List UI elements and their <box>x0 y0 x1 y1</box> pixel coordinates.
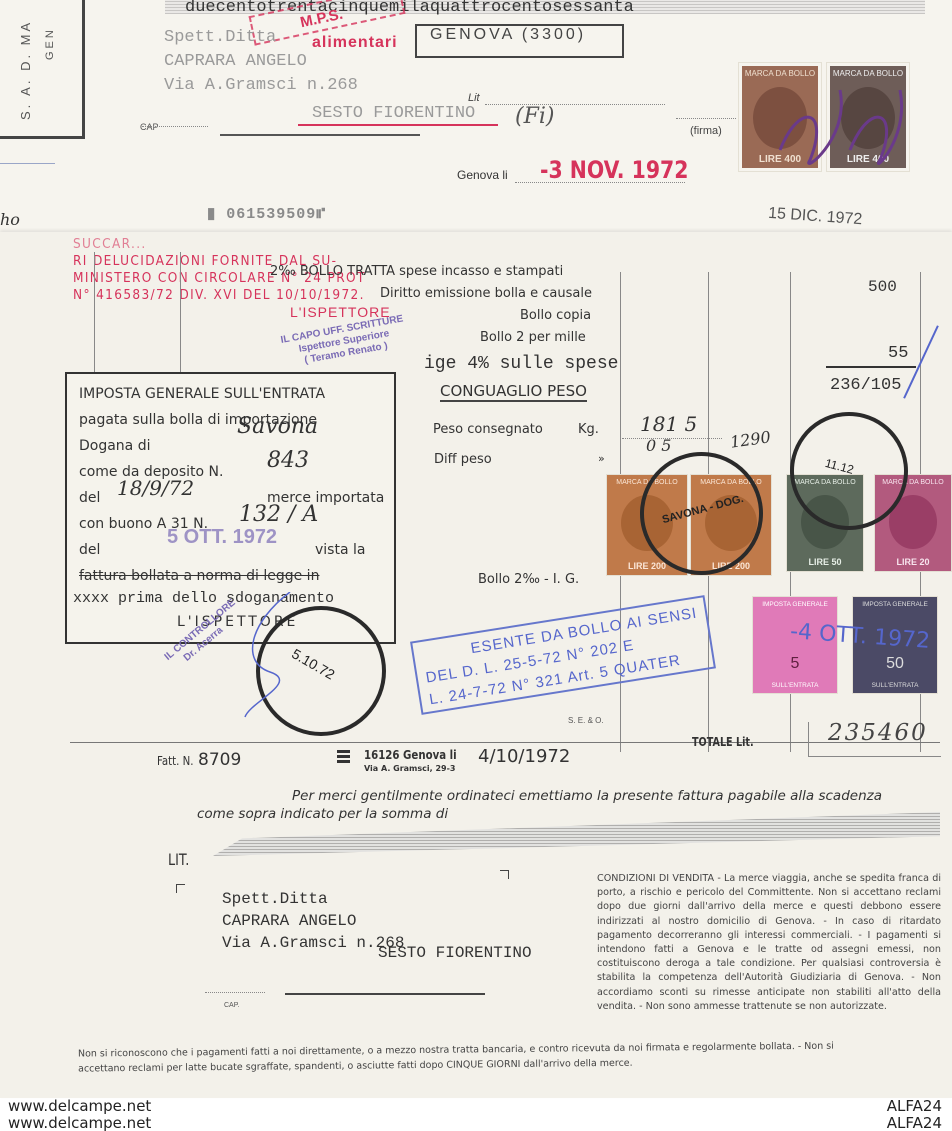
ige-deposit-number: 843 <box>267 448 309 473</box>
city-red-underline <box>298 124 498 126</box>
micr-account-number: 061539509 <box>226 206 316 223</box>
table-rule <box>94 252 95 392</box>
lit-dotted-line <box>485 104 665 105</box>
company-logo-icon <box>337 750 350 763</box>
ige-line: fattura bollata a norma di legge in <box>79 568 319 584</box>
invoice-number: 8709 <box>198 750 241 770</box>
genova-box-stamp-text: GENOVA (3300) <box>430 26 586 44</box>
total-value: 235460 <box>828 720 928 746</box>
address-window-corner <box>176 884 185 893</box>
bollo-ig-label: Bollo 2‰ - I. G. <box>478 572 579 587</box>
weight-dotted-line <box>622 438 722 439</box>
invoice-date: 4/10/1972 <box>478 746 570 767</box>
pen-check-mark <box>903 325 939 398</box>
lit-label: Lit <box>468 92 480 104</box>
city-line <box>220 134 420 136</box>
addressee-block: Spett.Ditta CAPRARA ANGELO Via A.Gramsci… <box>164 26 358 98</box>
ige-line: Dogana di <box>79 438 151 454</box>
watermark-seller: ALFA24 <box>887 1097 942 1115</box>
addressee-line: Spett.Ditta <box>164 26 358 50</box>
side-pen-line <box>0 163 55 164</box>
invoice-number-label: Fatt. N. <box>157 754 194 768</box>
charge-line-6: CONGUAGLIO PESO <box>440 382 587 402</box>
charge-line-4: Bollo 2 per mille <box>480 330 586 345</box>
bank-draft-slip: S. A. D. MA GEN duecentotrentacinquemila… <box>0 0 952 262</box>
weight-unit: Kg. <box>578 422 599 437</box>
watermark-site-2: www.delcampe.net <box>8 1114 151 1131</box>
ige-line-suffix: vista la <box>315 542 365 558</box>
weight-diff-value: 0 5 <box>646 436 671 455</box>
invoice-sheet: SUCCAR... RI DELUCIDAZIONI FORNITE DAL S… <box>0 232 952 1098</box>
stamp-label: MARCA DA BOLLO <box>739 69 821 78</box>
micr-account: ▮ 061539509⑈ <box>207 204 326 223</box>
address-window-corner <box>500 870 509 879</box>
charge-line-1: 2‰ BOLLO TRATTA spese incasso e stampati <box>270 264 563 279</box>
cap-dotted-line <box>205 992 265 993</box>
side-handwritten: ho <box>0 210 20 229</box>
charge-value-55: 55 <box>888 344 908 363</box>
payment-text-1: Per merci gentilmente ordinateci emettia… <box>292 788 882 804</box>
footer-notes: Non si riconoscono che i pagamenti fatti… <box>78 1037 948 1076</box>
company-city-vertical: GEN <box>44 27 56 60</box>
pen-signature-icon <box>230 592 310 722</box>
seo-label: S. E. & O. <box>568 716 604 725</box>
stamp-label: MARCA DA BOLLO <box>827 69 909 78</box>
signature-cancellation-icon <box>760 80 920 180</box>
sale-conditions: CONDIZIONI DI VENDITA - La merce viaggia… <box>597 872 941 1014</box>
watermark-site: www.delcampe.net <box>8 1097 151 1115</box>
sum-rule <box>826 366 916 368</box>
payment-text-2: come sopra indicato per la somma di <box>197 806 448 822</box>
ige-deposit-date: 18/9/72 <box>117 476 194 500</box>
charge-line-2: Diritto emissione bolla e causale <box>380 286 592 301</box>
issuer-postcode: 16126 Genova li <box>364 748 457 762</box>
province-handwritten: (Fi) <box>515 104 554 129</box>
watermark-seller-2: ALFA24 <box>887 1114 942 1131</box>
firma-dotted-line <box>676 118 736 119</box>
total-label: TOTALE Lit. <box>692 735 754 749</box>
company-header-box <box>0 0 85 139</box>
addressee-line: Via A.Gramsci n.268 <box>164 74 358 98</box>
weight-delivered-value: 181 5 <box>640 412 697 436</box>
weight-extra-value: 1290 <box>729 427 772 451</box>
ige-title: IMPOSTA GENERALE SULL'ENTRATA <box>79 386 325 402</box>
ige-customs-office: Savona <box>237 414 318 439</box>
city-line <box>285 993 485 995</box>
weight-diff-label: Diff peso <box>434 452 492 467</box>
addressee-city: SESTO FIORENTINO <box>312 102 475 126</box>
weight-delivered-label: Peso consegnato <box>433 422 543 437</box>
place-label: Genova li <box>457 168 508 182</box>
ige-voucher-number: 132 / A <box>239 502 318 527</box>
date-stamp: -3 NOV. 1972 <box>540 156 688 184</box>
issuer-address: Via A. Gramsci, 29-3 <box>364 764 455 773</box>
capo-ufficio-stamp: IL CAPO UFF. SCRITTURE Ispettore Superio… <box>280 313 409 370</box>
exempt-stamp: ESENTE DA BOLLO AI SENSI DEL D. L. 25-5-… <box>410 595 716 715</box>
firma-label: (firma) <box>690 125 722 137</box>
due-date-stamp: 15 DIC. 1972 <box>767 205 862 230</box>
ige-line: del <box>79 490 100 506</box>
charge-line-5: ige 4% sulle spese <box>424 354 618 374</box>
addressee-line: CAPRARA ANGELO <box>164 50 358 74</box>
cap-label: CAP. <box>224 1002 239 1009</box>
cap-dotted-line <box>142 126 208 127</box>
ige-date-stamp: 5 OTT. 1972 <box>167 526 277 549</box>
company-name-vertical: S. A. D. MA <box>18 20 33 120</box>
charge-value-500: 500 <box>868 278 897 296</box>
charge-line-3: Bollo copia <box>520 308 591 323</box>
lit-label: LIT. <box>168 850 189 869</box>
addressee-city: SESTO FIORENTINO <box>378 944 532 962</box>
ige-line: del <box>79 542 100 558</box>
table-rule <box>180 252 181 392</box>
charge-value-total: 236/105 <box>830 376 901 395</box>
weight-diff-mark: » <box>598 452 605 465</box>
cap-label-top: CAP <box>140 122 159 132</box>
